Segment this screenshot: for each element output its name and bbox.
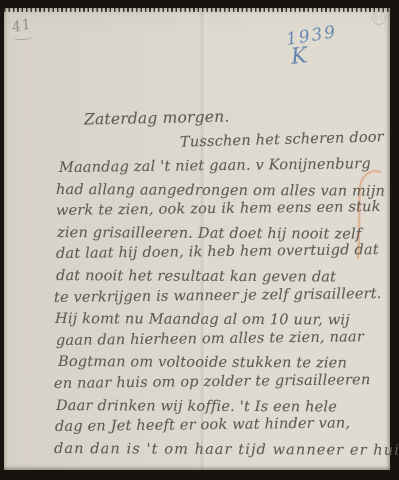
letter-subheading: Tusschen het scheren door [180, 129, 384, 150]
corner-stamp: 81 [372, 11, 386, 25]
letter-body: Maandag zal 't niet gaan. v Konijnenburg… [56, 158, 399, 460]
handwriting-line: gaan dan hierheen om alles te zien, naar [56, 326, 399, 352]
handwriting-line: en naar huis om op zolder te grisailleer… [54, 370, 399, 396]
pencil-underline-flourish [12, 31, 33, 41]
handwriting-line: werk te zien, ook zou ik hem eens een st… [56, 197, 399, 223]
handwriting-line: Maandag zal 't niet gaan. v Konijnenburg [59, 154, 399, 180]
scan-background: 41 81 1939 K Zaterdag morgen. Tusschen h… [0, 0, 399, 480]
handwriting-line: dag en Jet heeft er ook wat hinder van, [55, 413, 399, 439]
handwriting-line: dat laat hij doen, ik heb hem overtuigd … [56, 240, 399, 266]
handwriting-line: te verkrijgen is wanneer je zelf grisail… [54, 283, 399, 309]
archival-number-pencil: 41 [10, 16, 33, 36]
letter-dateline: Zaterdag morgen. [84, 107, 230, 128]
letter-paper: 41 81 1939 K Zaterdag morgen. Tusschen h… [4, 8, 390, 470]
initial-annotation-blue: K [290, 43, 309, 70]
handwriting-line: dan dan is 't om haar tijd wanneer er hu… [54, 439, 399, 462]
